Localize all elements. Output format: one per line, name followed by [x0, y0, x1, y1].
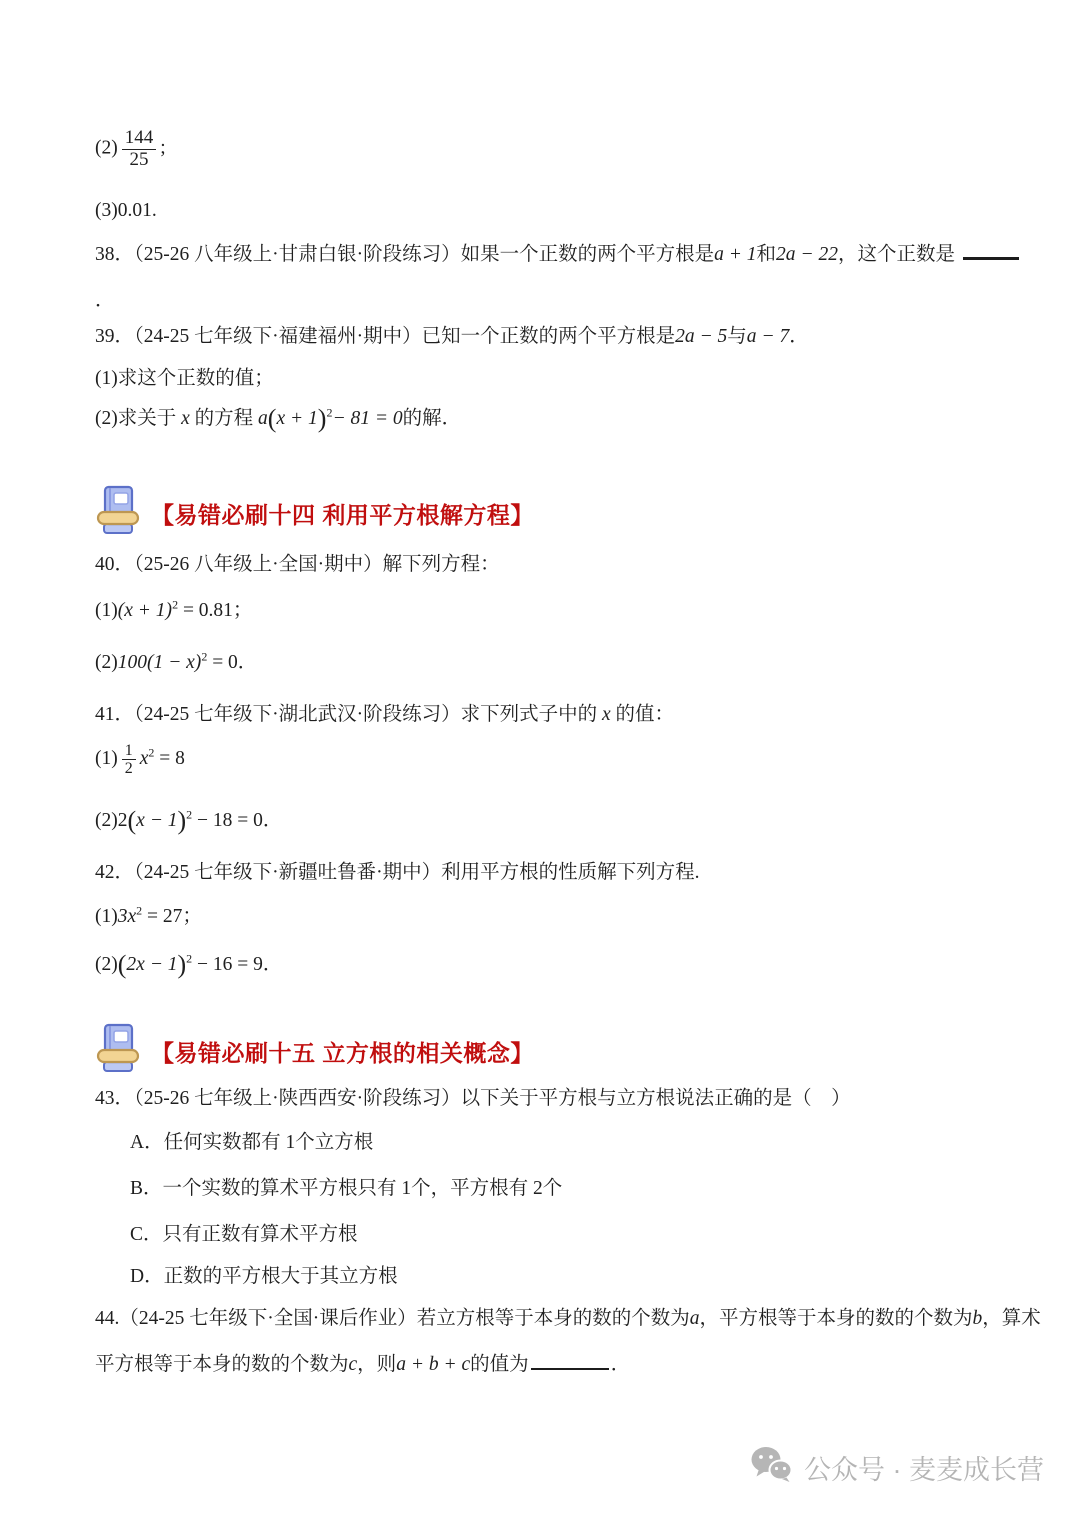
exponent: 2 — [186, 808, 192, 822]
punctuation: ． — [789, 326, 809, 347]
section-banner-14: 【易错必刷十四 利用平方根解方程】 — [95, 484, 534, 543]
math-variable: b — [973, 1308, 983, 1329]
problem-37-part2: (2)14425; — [95, 128, 1042, 170]
option-text: C．只有正数有算术平方根 — [130, 1224, 358, 1245]
math-expression: x + 1 — [276, 408, 317, 429]
problem-39-part1: (1)求这个正数的值； — [95, 364, 1042, 394]
math-expression: = 0.81； — [183, 600, 253, 621]
answer-blank — [531, 1356, 609, 1370]
problem-text: 的值为 — [470, 1354, 529, 1375]
section-title: 【易错必刷十五 立方根的相关概念】 — [151, 1035, 534, 1068]
math-expression: a — [258, 408, 268, 429]
item-label: (1) — [95, 748, 118, 769]
problem-text: 41．（24-25 七年级下·湖北武汉·阶段练习）求下列式子中的 — [95, 704, 597, 725]
fraction-denominator: 25 — [122, 150, 157, 171]
problem-text: 与 — [727, 326, 747, 347]
item-label: (2) — [95, 652, 118, 673]
problem-text: 38．（25-26 八年级上·甘肃白银·阶段练习）如果一个正数的两个平方根是 — [95, 244, 714, 265]
problem-text: 的值： — [616, 704, 675, 725]
problem-43: 43．（25-26 七年级上·陕西西安·阶段练习）以下关于平方根与立方根说法正确… — [95, 1084, 1042, 1114]
math-expression: = 27； — [147, 906, 202, 927]
exponent: 2 — [136, 904, 142, 918]
problem-40: 40．（25-26 八年级上·全国·期中）解下列方程： — [95, 550, 1042, 580]
math-expression: 2a − 5 — [675, 326, 727, 347]
item-label: (2) — [95, 810, 118, 831]
exponent: 2 — [172, 598, 178, 612]
option-text: A．任何实数都有 1个立方根 — [130, 1132, 373, 1153]
math-expression: = 0． — [212, 652, 257, 673]
problem-42-part2: (2)(2x − 1)2 − 16 = 9． — [95, 950, 1042, 980]
wechat-icon — [750, 1446, 792, 1489]
book-icon — [95, 1022, 141, 1081]
item-label: (2) — [95, 954, 118, 975]
punctuation: ; — [160, 137, 165, 158]
math-expression: 2a − 22 — [776, 244, 838, 265]
math-expression: 2x − 1 — [126, 954, 177, 975]
problem-39-part2: (2)求关于 x 的方程 a(x + 1)2− 81 = 0的解． — [95, 404, 1042, 434]
problem-37-part3: (3)0.01. — [95, 196, 1042, 226]
fraction-numerator: 144 — [122, 128, 157, 150]
exponent: 2 — [148, 746, 154, 760]
item-text: 的方程 — [195, 408, 254, 429]
problem-text: 42．（24-25 七年级下·新疆吐鲁番·期中）利用平方根的性质解下列方程. — [95, 862, 699, 883]
punctuation: ． — [95, 290, 115, 311]
punctuation: ． — [611, 1354, 631, 1375]
item-label: (2) — [95, 137, 118, 158]
problem-text: 44.（24-25 七年级下·全国·课后作业）若立方根等于本身的数的个数为 — [95, 1308, 690, 1329]
paren-close: ) — [178, 950, 187, 979]
fraction-numerator: 1 — [122, 742, 136, 760]
item-text: (1)求这个正数的值； — [95, 368, 274, 389]
problem-text: 43．（25-26 七年级上·陕西西安·阶段练习）以下关于平方根与立方根说法正确… — [95, 1088, 851, 1109]
worksheet-page: (2)14425; (3)0.01. 38．（25-26 八年级上·甘肃白银·阶… — [0, 0, 1080, 1527]
option-d: D．正数的平方根大于其立方根 — [130, 1262, 1042, 1292]
math-variable: x — [181, 408, 190, 429]
section-title: 【易错必刷十四 利用平方根解方程】 — [151, 497, 534, 530]
item-text: (3)0.01. — [95, 200, 157, 221]
math-expression: 2 — [118, 810, 128, 831]
item-label: (1) — [95, 600, 118, 621]
exponent: 2 — [186, 952, 192, 966]
option-a: A．任何实数都有 1个立方根 — [130, 1128, 1042, 1158]
math-expression: a + 1 — [714, 244, 756, 265]
problem-41-part1: (1)12x2 = 8 — [95, 742, 1042, 778]
paren-open: ( — [128, 806, 137, 835]
section-banner-15: 【易错必刷十五 立方根的相关概念】 — [95, 1022, 534, 1081]
option-text: B．一个实数的算术平方根只有 1个，平方根有 2个 — [130, 1178, 562, 1199]
exponent: 2 — [201, 650, 207, 664]
problem-text: 39．（24-25 七年级下·福建福州·期中）已知一个正数的两个平方根是 — [95, 326, 675, 347]
math-expression: (x + 1) — [118, 600, 172, 621]
math-expression: x − 1 — [136, 810, 177, 831]
book-icon — [95, 484, 141, 543]
problem-text: ，平方根等于本身的数的个数为 — [699, 1308, 972, 1329]
problem-41: 41．（24-25 七年级下·湖北武汉·阶段练习）求下列式子中的 x 的值： — [95, 700, 1042, 730]
problem-text: 和 — [757, 244, 777, 265]
math-variable: c — [349, 1354, 358, 1375]
fraction-144-25: 14425 — [122, 128, 157, 170]
watermark-text: 公众号 · 麦麦成长营 — [804, 1448, 1044, 1487]
problem-text: 40．（25-26 八年级上·全国·期中）解下列方程： — [95, 554, 500, 575]
math-expression: a − 7 — [747, 326, 789, 347]
math-variable: x — [602, 704, 611, 725]
option-c: C．只有正数有算术平方根 — [130, 1220, 1042, 1250]
math-expression: − 16 = 9． — [197, 954, 282, 975]
item-label: (1) — [95, 906, 118, 927]
problem-38-period: ． — [95, 286, 1042, 316]
problem-42-part1: (1)3x2 = 27； — [95, 902, 1042, 932]
item-text: 的解． — [403, 408, 462, 429]
answer-blank — [963, 243, 1019, 260]
watermark: 公众号 · 麦麦成长营 — [750, 1446, 1044, 1489]
math-expression: 3x — [118, 906, 136, 927]
math-expression: = 8 — [159, 748, 185, 769]
problem-40-part1: (1)(x + 1)2 = 0.81； — [95, 596, 1042, 626]
problem-text: ，则 — [357, 1354, 396, 1375]
problem-42: 42．（24-25 七年级下·新疆吐鲁番·期中）利用平方根的性质解下列方程. — [95, 858, 1042, 888]
paren-close: ) — [178, 806, 187, 835]
fraction-denominator: 2 — [122, 760, 136, 777]
option-text: D．正数的平方根大于其立方根 — [130, 1266, 398, 1287]
problem-38: 38．（25-26 八年级上·甘肃白银·阶段练习）如果一个正数的两个平方根是a … — [95, 240, 1042, 270]
math-expression: a + b + c — [396, 1354, 470, 1375]
problem-41-part2: (2)2(x − 1)2 − 18 = 0． — [95, 806, 1042, 836]
math-expression: − 81 = 0 — [332, 408, 402, 429]
math-expression: 100(1 − x) — [118, 652, 202, 673]
item-text: (2)求关于 — [95, 408, 176, 429]
option-b: B．一个实数的算术平方根只有 1个，平方根有 2个 — [130, 1174, 1042, 1204]
problem-text: ，这个正数是 — [838, 244, 955, 265]
math-expression: − 18 = 0． — [197, 810, 282, 831]
problem-40-part2: (2)100(1 − x)2 = 0． — [95, 648, 1042, 678]
problem-44: 44.（24-25 七年级下·全国·课后作业）若立方根等于本身的数的个数为a，平… — [95, 1296, 1042, 1388]
fraction-1-2: 12 — [122, 742, 136, 778]
problem-39: 39．（24-25 七年级下·福建福州·期中）已知一个正数的两个平方根是2a −… — [95, 322, 1042, 352]
